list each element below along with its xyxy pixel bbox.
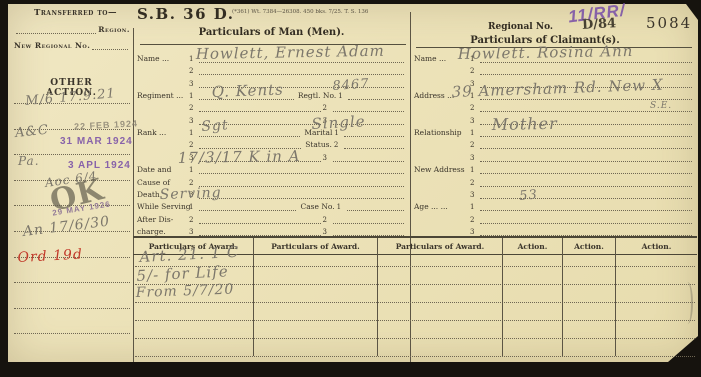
note-ord-red: Ord 19d <box>17 247 83 266</box>
dotted-line <box>480 164 692 174</box>
line-number: 2 <box>323 104 331 112</box>
field-label: While Serving <box>137 202 189 211</box>
dotted-line <box>480 201 692 211</box>
line-number: 2 <box>189 104 197 112</box>
man-serving-value: Serving <box>159 185 221 203</box>
line-number: 2 <box>189 216 197 224</box>
field-label: Regtl. No. <box>296 91 338 100</box>
print-code: (*361) Wt. 7384—26308. 450 bks. 7/25. T.… <box>232 9 368 15</box>
dotted-line <box>14 308 130 309</box>
dotted-line <box>347 201 404 211</box>
line-number: 3 <box>189 117 197 125</box>
field-label: Regiment ... <box>137 91 189 100</box>
form-row: 33 <box>137 114 406 125</box>
action-header-2: Action. <box>562 238 615 254</box>
form-row: 3 <box>414 188 694 199</box>
dotted-line <box>199 177 404 187</box>
field-label: Rank ... <box>137 128 189 137</box>
man-name-value: Howlett, Ernest Adam <box>196 42 385 63</box>
action-header-3: Action. <box>615 238 697 254</box>
claimant-relationship-value: Mother <box>492 114 558 134</box>
dotted-line <box>480 177 692 187</box>
new-regional-line: New Regional No. <box>14 40 130 50</box>
line-number: 3 <box>470 228 478 236</box>
man-regtl-no-value: 8467 <box>332 76 370 94</box>
dotted-line <box>199 226 321 236</box>
line-number: 1 <box>189 92 197 100</box>
new-regional-label: New Regional No. <box>14 41 90 50</box>
dotted-line <box>14 333 130 334</box>
award-divider-4 <box>562 252 563 356</box>
dotted-line <box>344 139 404 149</box>
line-number: 1 <box>189 129 197 137</box>
line-number: 2 <box>470 104 478 112</box>
stamp-mar-1924: 31 MAR 1924 <box>60 136 133 147</box>
transferred-to-label: Transferred to— <box>34 8 117 18</box>
form-row: 3 <box>414 225 694 236</box>
form-row: 3 <box>414 151 694 162</box>
form-row: New Address1 <box>414 163 694 174</box>
award-divider-5 <box>615 252 616 356</box>
man-marital-value: Single <box>311 112 366 133</box>
field-label: Case No. <box>298 202 336 211</box>
dotted-line <box>199 102 321 112</box>
dotted-line <box>14 282 130 283</box>
stamp-apl-1924: 3 APL 1924 <box>68 160 131 171</box>
dotted-line <box>480 189 692 199</box>
dotted-line <box>199 214 321 224</box>
form-row: After Dis-22 <box>137 213 406 224</box>
dotted-line <box>199 201 296 211</box>
dotted-line <box>333 214 404 224</box>
dotted-line <box>199 189 404 199</box>
award-header-2: Particulars of Award. <box>253 238 377 254</box>
form-row: charge.33 <box>137 225 406 236</box>
line-number: 2 <box>470 67 478 75</box>
field-label: Status. <box>303 140 334 149</box>
field-label: charge. <box>137 227 189 236</box>
dotted-line <box>333 226 404 236</box>
dotted-line <box>480 152 692 162</box>
line-number: 2 <box>334 141 342 149</box>
line-number: 1 <box>470 129 478 137</box>
line-number: 1 <box>337 203 345 211</box>
form-row: 2 <box>137 64 406 75</box>
regional-stamp-black: D/84 <box>582 16 617 33</box>
line-number: 3 <box>323 228 331 236</box>
field-label: Name ... <box>137 54 189 63</box>
form-row: 2 <box>414 64 694 75</box>
award-header-3: Particulars of Award. <box>377 238 502 254</box>
line-number: 2 <box>470 216 478 224</box>
line-number: 3 <box>470 154 478 162</box>
man-rank-value: Sgt <box>201 117 229 135</box>
claimant-age-value: 53 <box>519 187 539 204</box>
dotted-line <box>135 356 695 357</box>
field-label: Age ... ... <box>414 202 470 211</box>
action-header-1: Action. <box>502 238 562 254</box>
field-label: After Dis- <box>137 215 189 224</box>
form-number: S.B. 36 D. <box>137 5 234 23</box>
line-number: 3 <box>470 117 478 125</box>
man-death-value: 17/3/17 K in A <box>178 147 301 167</box>
region-label: Region. <box>98 25 130 34</box>
dotted-line <box>480 65 692 75</box>
line-number: 1 <box>470 203 478 211</box>
region-line: Region. <box>14 24 130 34</box>
line-number: 1 <box>470 166 478 174</box>
dotted-line <box>480 226 692 236</box>
form-row: 2 <box>414 138 694 149</box>
scanned-record-card: Transferred to— Region. New Regional No.… <box>0 0 701 377</box>
award-divider-2 <box>377 252 378 356</box>
form-row: 2 <box>414 213 694 224</box>
award-divider-1 <box>253 252 254 356</box>
dotted-line <box>199 65 404 75</box>
note-pa: Pa. <box>18 154 40 168</box>
dotted-line <box>333 152 404 162</box>
column-divider-left <box>133 28 134 362</box>
field-label: Cause of <box>137 178 189 187</box>
form-row: Age ... ...1 <box>414 200 694 211</box>
dotted-line <box>333 102 404 112</box>
column-divider-right <box>410 12 411 362</box>
line-number: 3 <box>189 80 197 88</box>
line-number: 1 <box>189 203 197 211</box>
line-number: 2 <box>470 179 478 187</box>
dotted-line <box>480 214 692 224</box>
dotted-line <box>16 24 96 34</box>
dotted-line <box>135 338 695 339</box>
award-divider-3 <box>502 252 503 356</box>
dotted-line <box>135 302 695 303</box>
claimant-address-note: S.E. <box>650 101 672 111</box>
dotted-line <box>135 320 695 321</box>
regional-no-label: Regional No. <box>488 22 553 32</box>
form-row: 22 <box>137 101 406 112</box>
field-label: Relationship <box>414 128 470 137</box>
line-number: 2 <box>323 216 331 224</box>
serial-number: 5084 <box>646 14 692 32</box>
line-number: 3 <box>470 191 478 199</box>
man-regiment-value: Q. Kents <box>211 80 284 101</box>
line-number: 2 <box>470 141 478 149</box>
line-number: 2 <box>189 67 197 75</box>
claimant-name-value: Howlett. Rosina Ann <box>458 42 634 63</box>
field-label: New Address <box>414 165 470 174</box>
line-number: 1 <box>189 166 197 174</box>
dotted-line <box>480 139 692 149</box>
dotted-line <box>92 40 128 50</box>
line-number: 3 <box>189 228 197 236</box>
line-number: 3 <box>323 154 331 162</box>
form-row: 2 <box>414 176 694 187</box>
form-row: Cause of2 <box>137 176 406 187</box>
man-section-title: Particulars of Man (Men). <box>133 27 410 38</box>
